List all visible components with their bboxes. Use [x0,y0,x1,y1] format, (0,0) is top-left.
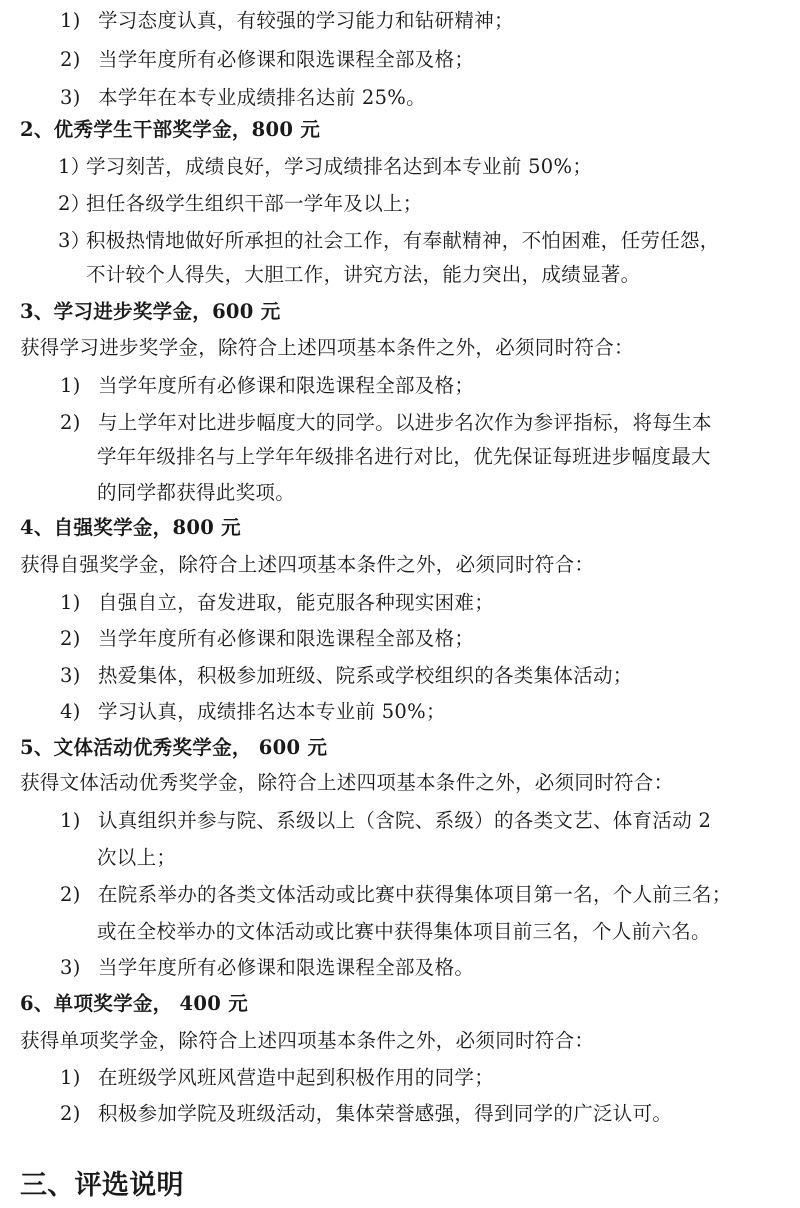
requirements-intro: 获得学习进步奖学金，除符合上述四项基本条件之外，必须同时符合： [20,333,634,363]
list-item-continuation: 次以上； [97,843,176,873]
requirements-intro: 获得文体活动优秀奖学金，除符合上述四项基本条件之外，必须同时符合： [20,768,673,798]
section-title: 三、评选说明 [20,1168,184,1204]
list-item: 3)热爱集体，积极参加班级、院系或学校组织的各类集体活动； [60,661,633,691]
list-item: 2)当学年度所有必修课和限选课程全部及格； [60,45,474,75]
list-item: 1)学习态度认真，有较强的学习能力和钻研精神； [60,6,514,36]
list-item: 1)认真组织并参与院、系级以上（含院、系级）的各类文艺、体育活动 2 [60,806,711,836]
list-item: 4)学习认真，成绩排名达本专业前 50%； [60,697,446,727]
scholarship-heading: 4、自强奖学金，800 元 [20,513,241,543]
list-item-continuation: 学年年级排名与上学年年级排名进行对比，优先保证每班进步幅度最大 [97,442,711,472]
scholarship-heading: 2、优秀学生干部奖学金，800 元 [20,115,320,145]
scholarship-heading: 5、文体活动优秀奖学金， 600 元 [20,733,327,763]
list-item: 1）学习刻苦，成绩良好，学习成绩排名达到本专业前 50%； [58,152,592,182]
list-item: 1)自强自立，奋发进取，能克服各种现实困难； [60,588,494,618]
scholarship-heading: 6、单项奖学金， 400 元 [20,989,248,1019]
list-item: 3）积极热情地做好所承担的社会工作，有奉献精神，不怕困难，任劳任怨， [58,226,720,256]
list-item-continuation: 的同学都获得此奖项。 [97,478,295,508]
requirements-intro: 获得自强奖学金，除符合上述四项基本条件之外，必须同时符合： [20,550,594,580]
requirements-intro: 获得单项奖学金，除符合上述四项基本条件之外，必须同时符合： [20,1026,594,1056]
list-item-continuation: 不计较个人得失，大胆工作，讲究方法，能力突出，成绩显著。 [86,260,640,290]
list-item: 3)当学年度所有必修课和限选课程全部及格。 [60,953,474,983]
list-item: 1)当学年度所有必修课和限选课程全部及格； [60,371,474,401]
list-item: 2)当学年度所有必修课和限选课程全部及格； [60,624,474,654]
list-item: 3)本学年在本专业成绩排名达前 25%。 [60,83,426,113]
list-item: 2）担任各级学生组织干部一学年及以上； [58,189,423,219]
list-item: 2)积极参加学院及班级活动，集体荣誉感强，得到同学的广泛认可。 [60,1099,672,1129]
list-item: 2)在院系举办的各类文体活动或比赛中获得集体项目第一名，个人前三名； [60,880,732,910]
scholarship-heading: 3、学习进步奖学金，600 元 [20,297,281,327]
list-item: 2)与上学年对比进步幅度大的同学。以进步名次作为参评指标，将每生本 [60,408,712,438]
list-item: 1)在班级学风班风营造中起到积极作用的同学； [60,1063,494,1093]
list-item-continuation: 或在全校举办的文体活动或比赛中获得集体项目前三名，个人前六名。 [97,917,711,947]
